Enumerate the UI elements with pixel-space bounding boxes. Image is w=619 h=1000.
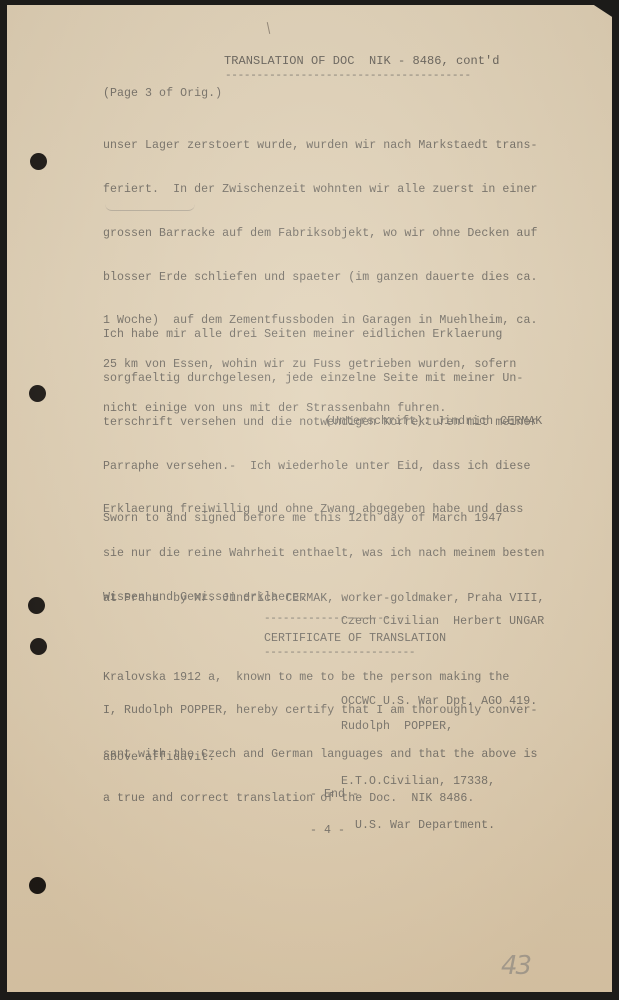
text-line: Sworn to and signed before me this 12th … — [103, 506, 544, 533]
punch-hole — [29, 385, 46, 402]
text-line: sorgfaeltig durchgelesen, jede einzelne … — [103, 372, 544, 387]
text-line: I, Rudolph POPPER, hereby certify that I… — [103, 704, 537, 719]
text-line: E.T.O.Civilian, 17338, — [341, 775, 495, 790]
text-line: unser Lager zerstoert wurde, wurden wir … — [103, 139, 537, 154]
translator-title: E.T.O.Civilian, 17338, U.S. War Departme… — [341, 746, 495, 863]
pencil-underline — [105, 204, 195, 211]
certificate-title: CERTIFICATE OF TRANSLATION — [264, 632, 446, 647]
text-line: grossen Barracke auf dem Fabriksobjekt, … — [103, 227, 537, 242]
punch-hole — [30, 153, 47, 170]
header-rule: --------------------------------------- — [225, 69, 471, 84]
signature-line: (Unterschrift): Jindrich CERMAK — [325, 415, 542, 430]
text-line: blosser Erde schliefen und spaeter (im g… — [103, 271, 537, 286]
text-line: feriert. In der Zwischenzeit wohnten wir… — [103, 183, 537, 198]
separator-rule: ---------------------- — [264, 612, 403, 627]
end-marker: - End - — [310, 788, 359, 803]
handwritten-page-number: 43 — [501, 951, 530, 981]
text-line: Ich habe mir alle drei Seiten meiner eid… — [103, 328, 544, 343]
punch-hole — [29, 877, 46, 894]
translator-name: Rudolph POPPER, — [341, 720, 453, 735]
page-number: - 4 - — [310, 824, 345, 839]
pencil-mark — [267, 22, 270, 34]
page-reference: (Page 3 of Orig.) — [103, 87, 222, 102]
text-line: U.S. War Department. — [341, 819, 495, 834]
punch-hole — [28, 597, 45, 614]
punch-hole — [30, 638, 47, 655]
certificate-title-rule: ------------------------ — [264, 646, 415, 661]
document-page: TRANSLATION OF DOC NIK - 8486, cont'd --… — [7, 5, 612, 992]
header-title: TRANSLATION OF DOC NIK - 8486, cont'd — [224, 54, 500, 69]
